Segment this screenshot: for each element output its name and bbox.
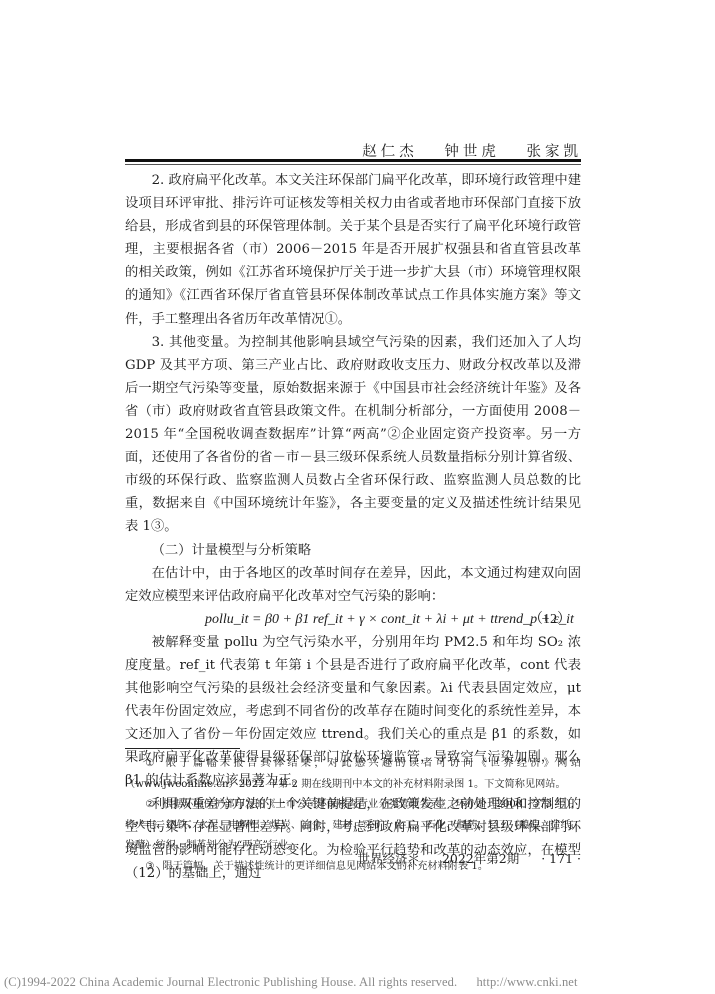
document-page: 赵仁杰 钟世虎 张家凯 2. 政府扁平化改革。本文关注环保部门扁平化改革，即环境… <box>0 0 715 994</box>
footnote-text: 根据环境保护部印发的《上市公司环保核查行业分类管理名录》（环办函［2008］37… <box>125 799 581 851</box>
section-heading: （二）计量模型与分析策略 <box>125 539 581 562</box>
paragraph-model-intro: 在估计中，由于各地区的改革时间存在差异，因此，本文通过构建双向固定效应模型来评估… <box>125 562 581 608</box>
header-rule-thick <box>125 159 581 162</box>
author-name: 张家凯 <box>527 144 583 160</box>
footnote-text: 限于篇幅未报告具体结果，对此感兴趣的读者可访问《世界经济》网站（www.jweo… <box>125 758 581 790</box>
footnote-mark: ① <box>145 758 157 769</box>
journal-name: 世界经济＊ <box>357 851 420 866</box>
paragraph-other-variables: 3. 其他变量。为控制其他影响县域空气污染的因素，我们还加入了人均 GDP 及其… <box>125 331 581 539</box>
running-footer: 世界经济＊ 2022年第2期 · 171 · <box>339 849 581 867</box>
journal-issue: 2022年第2期 <box>442 851 519 866</box>
copyright-notice: (C)1994-2022 China Academic Journal Elec… <box>4 975 578 990</box>
header-rule-thin <box>125 164 581 165</box>
equation-12: pollu_it = β0 + β1 ref_it + γ × cont_it … <box>125 608 581 631</box>
footnote-1: ①限于篇幅未报告具体结果，对此感兴趣的读者可访问《世界经济》网站（www.jwe… <box>125 754 581 795</box>
author-name: 钟世虎 <box>444 144 500 160</box>
footnote-mark: ③ <box>145 861 154 872</box>
equation-number: （12） <box>529 608 571 631</box>
footnote-2: ②根据环境保护部印发的《上市公司环保核查行业分类管理名录》（环办函［2008］3… <box>125 795 581 857</box>
equation-expression: pollu_it = β0 + β1 ref_it + γ × cont_it … <box>205 608 574 631</box>
author-name: 赵仁杰 <box>362 144 418 160</box>
copyright-text: (C)1994-2022 China Academic Journal Elec… <box>4 975 457 989</box>
footnote-mark: ② <box>145 799 154 810</box>
footnote-separator <box>125 748 240 749</box>
page-number: · 171 · <box>541 851 581 866</box>
copyright-url: http://www.cnki.net <box>476 975 577 989</box>
paragraph-flattening-reform: 2. 政府扁平化改革。本文关注环保部门扁平化改革，即环境行政管理中建设项目环评审… <box>125 169 581 331</box>
running-header-authors: 赵仁杰 钟世虎 张家凯 <box>344 140 582 161</box>
